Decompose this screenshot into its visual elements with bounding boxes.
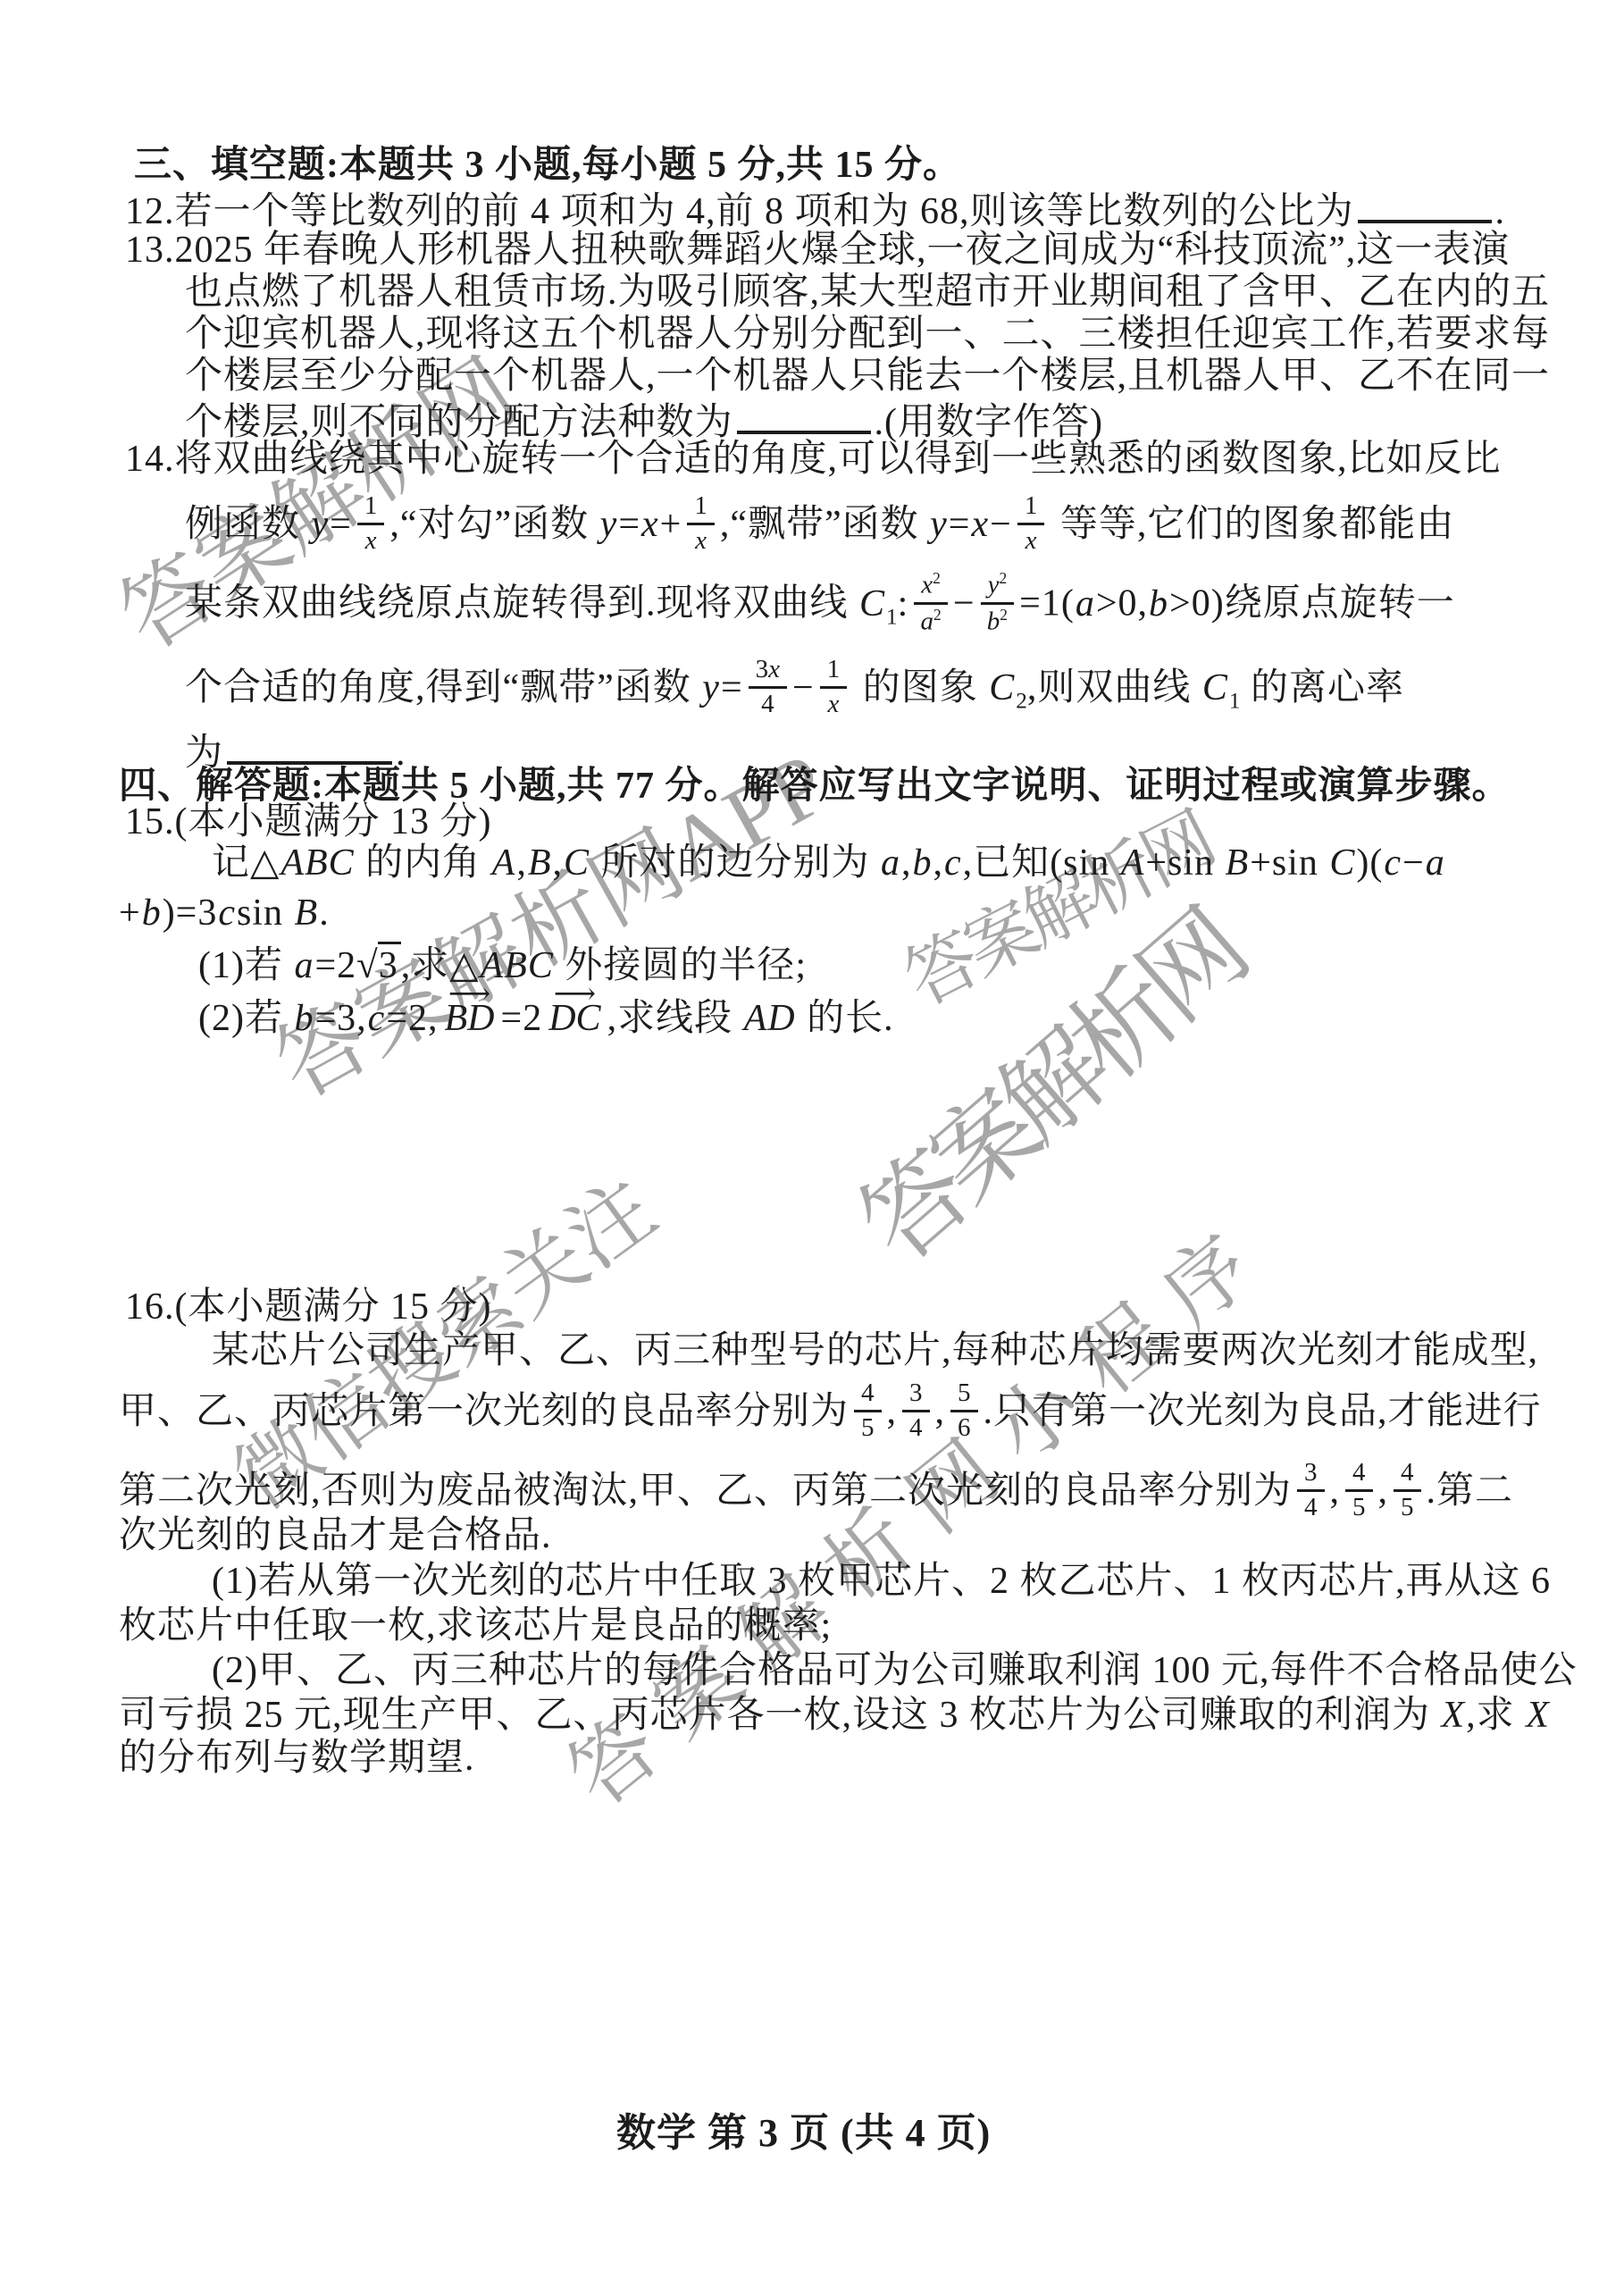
text-run: 某条双曲线绕原点旋转得到.现将双曲线 <box>185 583 858 624</box>
page-footer: 数学 第 3 页 (共 4 页) <box>616 2107 991 2160</box>
math-run: − <box>792 667 815 708</box>
q16-item2-line3: 的分布列与数学期望. <box>119 1731 475 1785</box>
answer-blank <box>1358 180 1492 223</box>
q16-body-2: 甲、乙、丙芯片第一次光刻的良品率分别为45,34,56.只有第一次光刻为良品,才… <box>119 1383 1542 1437</box>
text-run: 所对的边分别为 <box>590 842 880 884</box>
math-run: (sin A+sin B+sin C)(c−a <box>1050 842 1446 884</box>
text-run: ,则双曲线 <box>1027 667 1201 708</box>
text-run: ,“对勾”函数 <box>389 504 599 545</box>
text-run: 枚芯片中任取一枚,求该芯片是良品的概率; <box>119 1605 832 1647</box>
math-run: y= <box>311 504 352 545</box>
text-run: ,求 <box>401 945 450 986</box>
q16-body-1: 某芯片公司生产甲、乙、丙三种型号的芯片,每种芯片均需要两次光刻才能成型, <box>212 1324 1538 1378</box>
text-run: 的分布列与数学期望. <box>119 1738 475 1779</box>
fraction: 1x <box>687 492 715 556</box>
math-run: y=x− <box>929 504 1012 545</box>
fraction: 1x <box>357 492 385 556</box>
content-layer: 三、填空题:本题共 3 小题,每小题 5 分,共 15 分。12.若一个等比数列… <box>0 0 1624 2296</box>
text-run: 例函数 <box>185 504 311 545</box>
text-run: 个合适的角度,得到“飘带”函数 <box>185 667 701 708</box>
text-run: 的离心率 <box>1240 667 1404 708</box>
text-run: .第二 <box>1427 1471 1514 1512</box>
vector-arrow-icon: ⟶ <box>448 968 490 1021</box>
text-run: , <box>1378 1471 1389 1512</box>
text-run: 第二次光刻,否则为废品被淘汰,甲、乙、丙第二次光刻的良品率分别为 <box>119 1471 1292 1512</box>
fraction: 45 <box>854 1379 882 1443</box>
text-run: , <box>1330 1471 1341 1512</box>
text-run: , <box>887 1391 898 1432</box>
math-run: C2 <box>988 667 1027 708</box>
math-run: A,B,C <box>491 842 590 884</box>
vector-expression: ⟶DC <box>548 992 601 1045</box>
math-run: AD <box>743 998 797 1039</box>
vector-expression: ⟶BD <box>444 992 496 1045</box>
q15-body-2: +b)=3csin B. <box>119 886 330 940</box>
math-run: =1(a>0,b>0) <box>1019 583 1225 624</box>
q15-item-1: (1)若 a=2√3,求△ABC 外接圆的半径; <box>198 939 807 993</box>
math-run: X <box>1525 1695 1551 1736</box>
radical-expression: √3 <box>356 945 401 986</box>
q14-line-2: 例函数 y=1x,“对勾”函数 y=x+1x,“飘带”函数 y=x−1x 等等,… <box>185 496 1454 549</box>
text-run: 甲、乙、丙芯片第一次光刻的良品率分别为 <box>119 1391 849 1432</box>
text-run: ,“飘带”函数 <box>720 504 929 545</box>
q15-body-1: 记△ABC 的内角 A,B,C 所对的边分别为 a,b,c,已知(sin A+s… <box>212 836 1446 890</box>
text-run: ,已知 <box>963 842 1051 884</box>
math-run: +b)=3csin B. <box>119 892 330 934</box>
q16-body-3: 第二次光刻,否则为废品被淘汰,甲、乙、丙第二次光刻的良品率分别为34,45,45… <box>119 1462 1513 1516</box>
fraction: 56 <box>950 1379 978 1443</box>
math-run: y=x+ <box>599 504 682 545</box>
exam-paper-page: 答案解析网答案解析网APP微信搜索关注答案解析网答案解析网答案解析网小程序 三、… <box>0 0 1624 2296</box>
text-run: 14.将双曲线绕其中心旋转一个合适的角度,可以得到一些熟悉的函数图象,比如反比 <box>125 439 1502 480</box>
fraction: 3x4 <box>749 656 787 719</box>
text-run: 等等,它们的图象都能由 <box>1050 504 1454 545</box>
fraction: y2b2 <box>981 570 1015 636</box>
q14-line-1: 14.将双曲线绕其中心旋转一个合适的角度,可以得到一些熟悉的函数图象,比如反比 <box>125 432 1502 486</box>
text-run: 绕原点旋转一 <box>1225 583 1455 624</box>
text-run: (1)若 <box>198 945 293 986</box>
text-run: 的内角 <box>356 842 491 884</box>
text-run: 的图象 <box>852 667 988 708</box>
text-run: .只有第一次光刻为良品,才能进行 <box>984 1391 1542 1432</box>
math-run: y= <box>701 667 742 708</box>
q15-item-2: (2)若 b=3,c=2,⟶BD=2⟶DC,求线段 AD 的长. <box>198 992 894 1045</box>
math-run: C1 <box>1201 667 1241 708</box>
fraction: 45 <box>1345 1459 1373 1522</box>
math-run: △ABC <box>250 842 356 884</box>
text-run: 记 <box>212 842 250 884</box>
text-run: ,求 <box>1466 1695 1525 1736</box>
math-run: X <box>1441 1695 1467 1736</box>
math-run: − <box>953 583 975 624</box>
text-run: (2)甲、乙、丙三种芯片的每件合格品可为公司赚取利润 100 元,每件不合格品使… <box>212 1650 1577 1691</box>
text-run: (2)若 <box>198 998 293 1039</box>
text-run: , <box>935 1391 946 1432</box>
text-run: 的长. <box>797 998 894 1039</box>
q14-line-3: 某条双曲线绕原点旋转得到.现将双曲线 C1:x2a2−y2b2=1(a>0,b>… <box>185 574 1455 627</box>
text-run: 司亏损 25 元,现生产甲、乙、丙芯片各一枚,设这 3 枚芯片为公司赚取的利润为 <box>119 1695 1441 1736</box>
math-run: a=2 <box>293 945 356 986</box>
fraction: 34 <box>1297 1459 1325 1522</box>
math-run: b=3,c=2, <box>293 998 438 1039</box>
fraction: 34 <box>902 1379 930 1443</box>
text-run: ,求线段 <box>607 998 743 1039</box>
fraction: x2a2 <box>914 570 948 636</box>
answer-blank <box>737 391 871 434</box>
vector-arrow-icon: ⟶ <box>554 968 596 1021</box>
fraction: 1x <box>820 656 848 719</box>
math-run: a,b,c <box>880 842 963 884</box>
math-run: C1: <box>858 583 908 624</box>
math-run: =2 <box>501 998 543 1039</box>
fraction: 1x <box>1017 492 1045 556</box>
text-run: 数学 第 3 页 (共 4 页) <box>616 2111 991 2155</box>
text-run: 16.(本小题满分 15 分) <box>125 1286 491 1328</box>
q14-line-4: 个合适的角度,得到“飘带”函数 y=3x4−1x 的图象 C2,则双曲线 C1 … <box>185 659 1404 713</box>
fraction: 45 <box>1394 1459 1421 1522</box>
text-run: 次光刻的良品才是合格品. <box>119 1515 552 1556</box>
answer-blank <box>227 722 392 765</box>
text-run: (1)若从第一次光刻的芯片中任取 3 枚甲芯片、2 枚乙芯片、1 枚丙芯片,再从… <box>212 1561 1551 1602</box>
text-run: 某芯片公司生产甲、乙、丙三种型号的芯片,每种芯片均需要两次光刻才能成型, <box>212 1330 1538 1371</box>
